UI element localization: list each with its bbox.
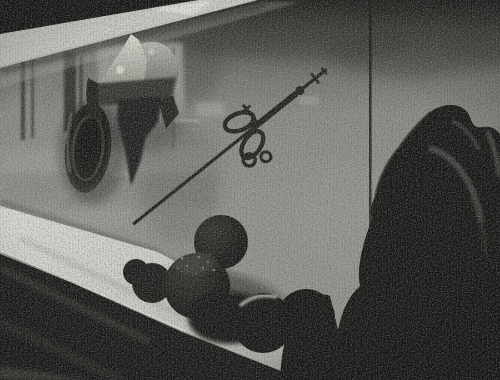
photo-canvas [0, 0, 500, 380]
film-grain-dark [0, 0, 500, 380]
photograph [0, 0, 500, 380]
